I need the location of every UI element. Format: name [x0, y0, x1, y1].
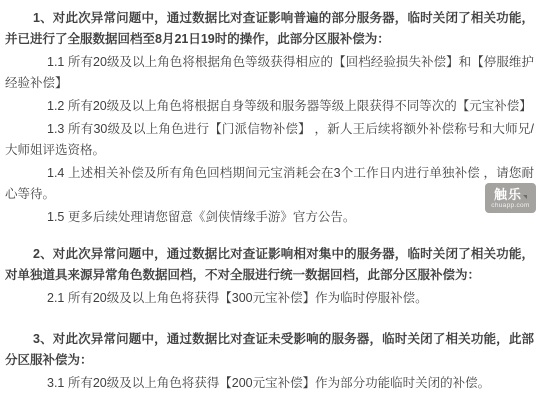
section-1-item-2: 1.2 所有20级及以上角色将根据自身等级和服务器等级上限获得不同等次的【元宝补…: [5, 96, 534, 117]
section-2-heading: 2、对此次异常问题中，通过数据比对查证影响相对集中的服务器，临时关闭了相关功能，…: [5, 244, 534, 286]
triangle-icon: [523, 195, 527, 199]
chuapp-watermark-badge: 触乐 chuapp.com: [485, 183, 536, 213]
section-1-item-4: 1.4 上述相关补偿及所有角色回档期间元宝消耗会在3个工作日内进行单独补偿 ，请…: [5, 163, 534, 205]
chuapp-logo: 触乐: [494, 187, 527, 202]
section-3-heading: 3、对此次异常问题中，通过数据比对查证未受影响的服务器，临时关闭了相关功能，此部…: [5, 329, 534, 371]
section-2-item-1: 2.1 所有20级及以上角色将获得【300元宝补偿】作为临时停服补偿。: [5, 288, 534, 309]
section-1-item-3: 1.3 所有30级及以上角色进行【门派信物补偿】 ，新人王后续将额外补偿称号和大…: [5, 119, 534, 161]
section-1-item-1: 1.1 所有20级及以上角色将根据角色等级获得相应的【回档经验损失补偿】和【停服…: [5, 52, 534, 94]
section-1-item-5: 1.5 更多后续处理请您留意《剑侠情缘手游》官方公告。: [5, 207, 534, 228]
chuapp-logo-text: 触乐: [494, 187, 522, 202]
section-1-heading: 1、对此次异常问题中，通过数据比对查证影响普遍的部分服务器，临时关闭了相关功能，…: [5, 8, 534, 50]
chuapp-site-url: chuapp.com: [491, 202, 529, 210]
announcement-document: 1、对此次异常问题中，通过数据比对查证影响普遍的部分服务器，临时关闭了相关功能，…: [0, 0, 540, 394]
section-3-item-1: 3.1 所有20级及以上角色将获得【200元宝补偿】作为部分功能临时关闭的补偿。: [5, 373, 534, 394]
